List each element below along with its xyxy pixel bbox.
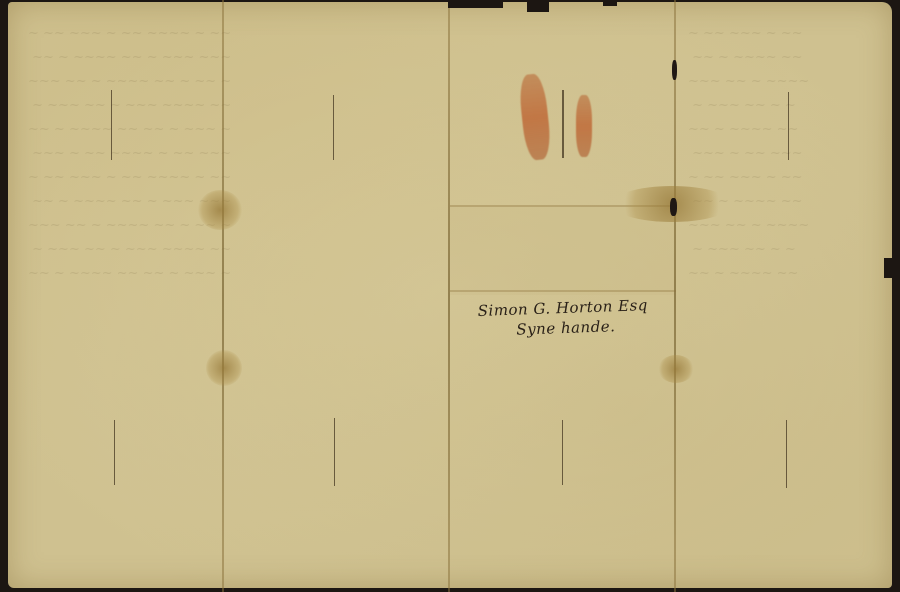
water-stain — [658, 355, 694, 383]
water-stain — [206, 350, 242, 386]
wax-seal-residue-right — [576, 95, 592, 157]
slit-mark — [333, 95, 334, 160]
fold-line-vertical-3 — [674, 0, 676, 592]
torn-edge — [527, 0, 549, 12]
torn-edge — [448, 0, 503, 8]
bleed-through-text-left: ~ ~~ ~~~ ~ ~~ ~~~~ ~ ~~ ~~ ~ ~~~~ ~~ ~ ~… — [28, 22, 448, 562]
manuscript-sheet: ~ ~~ ~~~ ~ ~~ ~~~~ ~ ~~ ~~ ~ ~~~~ ~~ ~ ~… — [8, 2, 892, 588]
torn-edge — [603, 0, 617, 6]
fold-line-vertical-1 — [222, 0, 224, 592]
slit-mark — [788, 92, 789, 160]
letter-address: Simon G. Horton Esq Syne hande. — [477, 295, 649, 341]
slit-mark — [114, 420, 115, 485]
fold-line-vertical-2 — [448, 0, 450, 592]
slit-mark — [786, 420, 787, 488]
torn-edge — [884, 258, 900, 278]
water-stain — [198, 190, 242, 230]
slit-mark — [562, 420, 563, 485]
fold-hole — [672, 60, 677, 80]
slit-mark — [111, 90, 112, 160]
slit-mark — [334, 418, 335, 486]
seal-hole — [670, 198, 677, 216]
fold-line-horizontal-2 — [450, 290, 676, 292]
slit-mark — [562, 90, 564, 158]
